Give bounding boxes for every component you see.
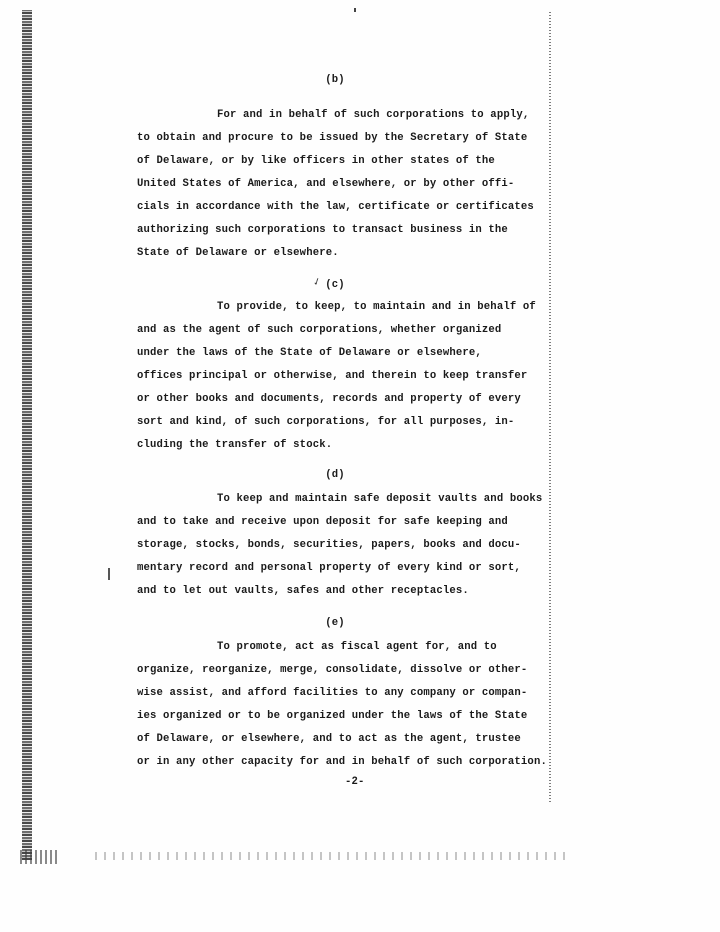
paragraph-line: To keep and maintain safe deposit vaults… xyxy=(217,493,542,505)
page-number: -2- xyxy=(345,776,365,788)
paragraph-line: United States of America, and elsewhere,… xyxy=(137,178,514,190)
paragraph-line: organize, reorganize, merge, consolidate… xyxy=(137,664,527,676)
scan-binding-edge-foot xyxy=(20,850,60,864)
paragraph-line: or in any other capacity for and in beha… xyxy=(137,756,547,768)
paragraph-line: of Delaware, or elsewhere, and to act as… xyxy=(137,733,521,745)
scan-bottom-noise xyxy=(95,852,565,860)
paragraph-line: to obtain and procure to be issued by th… xyxy=(137,132,527,144)
scan-binding-edge xyxy=(22,10,32,860)
paragraph-line: and as the agent of such corporations, w… xyxy=(137,324,501,336)
paragraph-line: authorizing such corporations to transac… xyxy=(137,224,508,236)
paragraph-line: wise assist, and afford facilities to an… xyxy=(137,687,527,699)
paragraph-line: State of Delaware or elsewhere. xyxy=(137,247,339,259)
paragraph-line: To provide, to keep, to maintain and in … xyxy=(217,301,536,313)
section-heading-b: (b) xyxy=(315,74,355,86)
paragraph-line: under the laws of the State of Delaware … xyxy=(137,347,482,359)
paragraph-line: or other books and documents, records an… xyxy=(137,393,521,405)
paragraph-line: offices principal or otherwise, and ther… xyxy=(137,370,527,382)
paragraph-line: ies organized or to be organized under t… xyxy=(137,710,527,722)
paragraph-line: cials in accordance with the law, certif… xyxy=(137,201,534,213)
section-heading-d: (d) xyxy=(315,469,355,481)
margin-mark xyxy=(108,568,110,580)
paragraph-line: To promote, act as fiscal agent for, and… xyxy=(217,641,497,653)
paragraph-line: mentary record and personal property of … xyxy=(137,562,521,574)
right-margin-rule xyxy=(549,12,551,802)
paragraph-line: cluding the transfer of stock. xyxy=(137,439,332,451)
paragraph-line: of Delaware, or by like officers in othe… xyxy=(137,155,495,167)
paragraph-line: and to take and receive upon deposit for… xyxy=(137,516,508,528)
paragraph-line: For and in behalf of such corporations t… xyxy=(217,109,529,121)
paragraph-line: sort and kind, of such corporations, for… xyxy=(137,416,514,428)
scanned-document-page: (b) For and in behalf of such corporatio… xyxy=(0,0,720,932)
paragraph-line: storage, stocks, bonds, securities, pape… xyxy=(137,539,521,551)
paragraph-line: and to let out vaults, safes and other r… xyxy=(137,585,469,597)
scan-speck xyxy=(354,8,356,12)
section-heading-e: (e) xyxy=(315,617,355,629)
